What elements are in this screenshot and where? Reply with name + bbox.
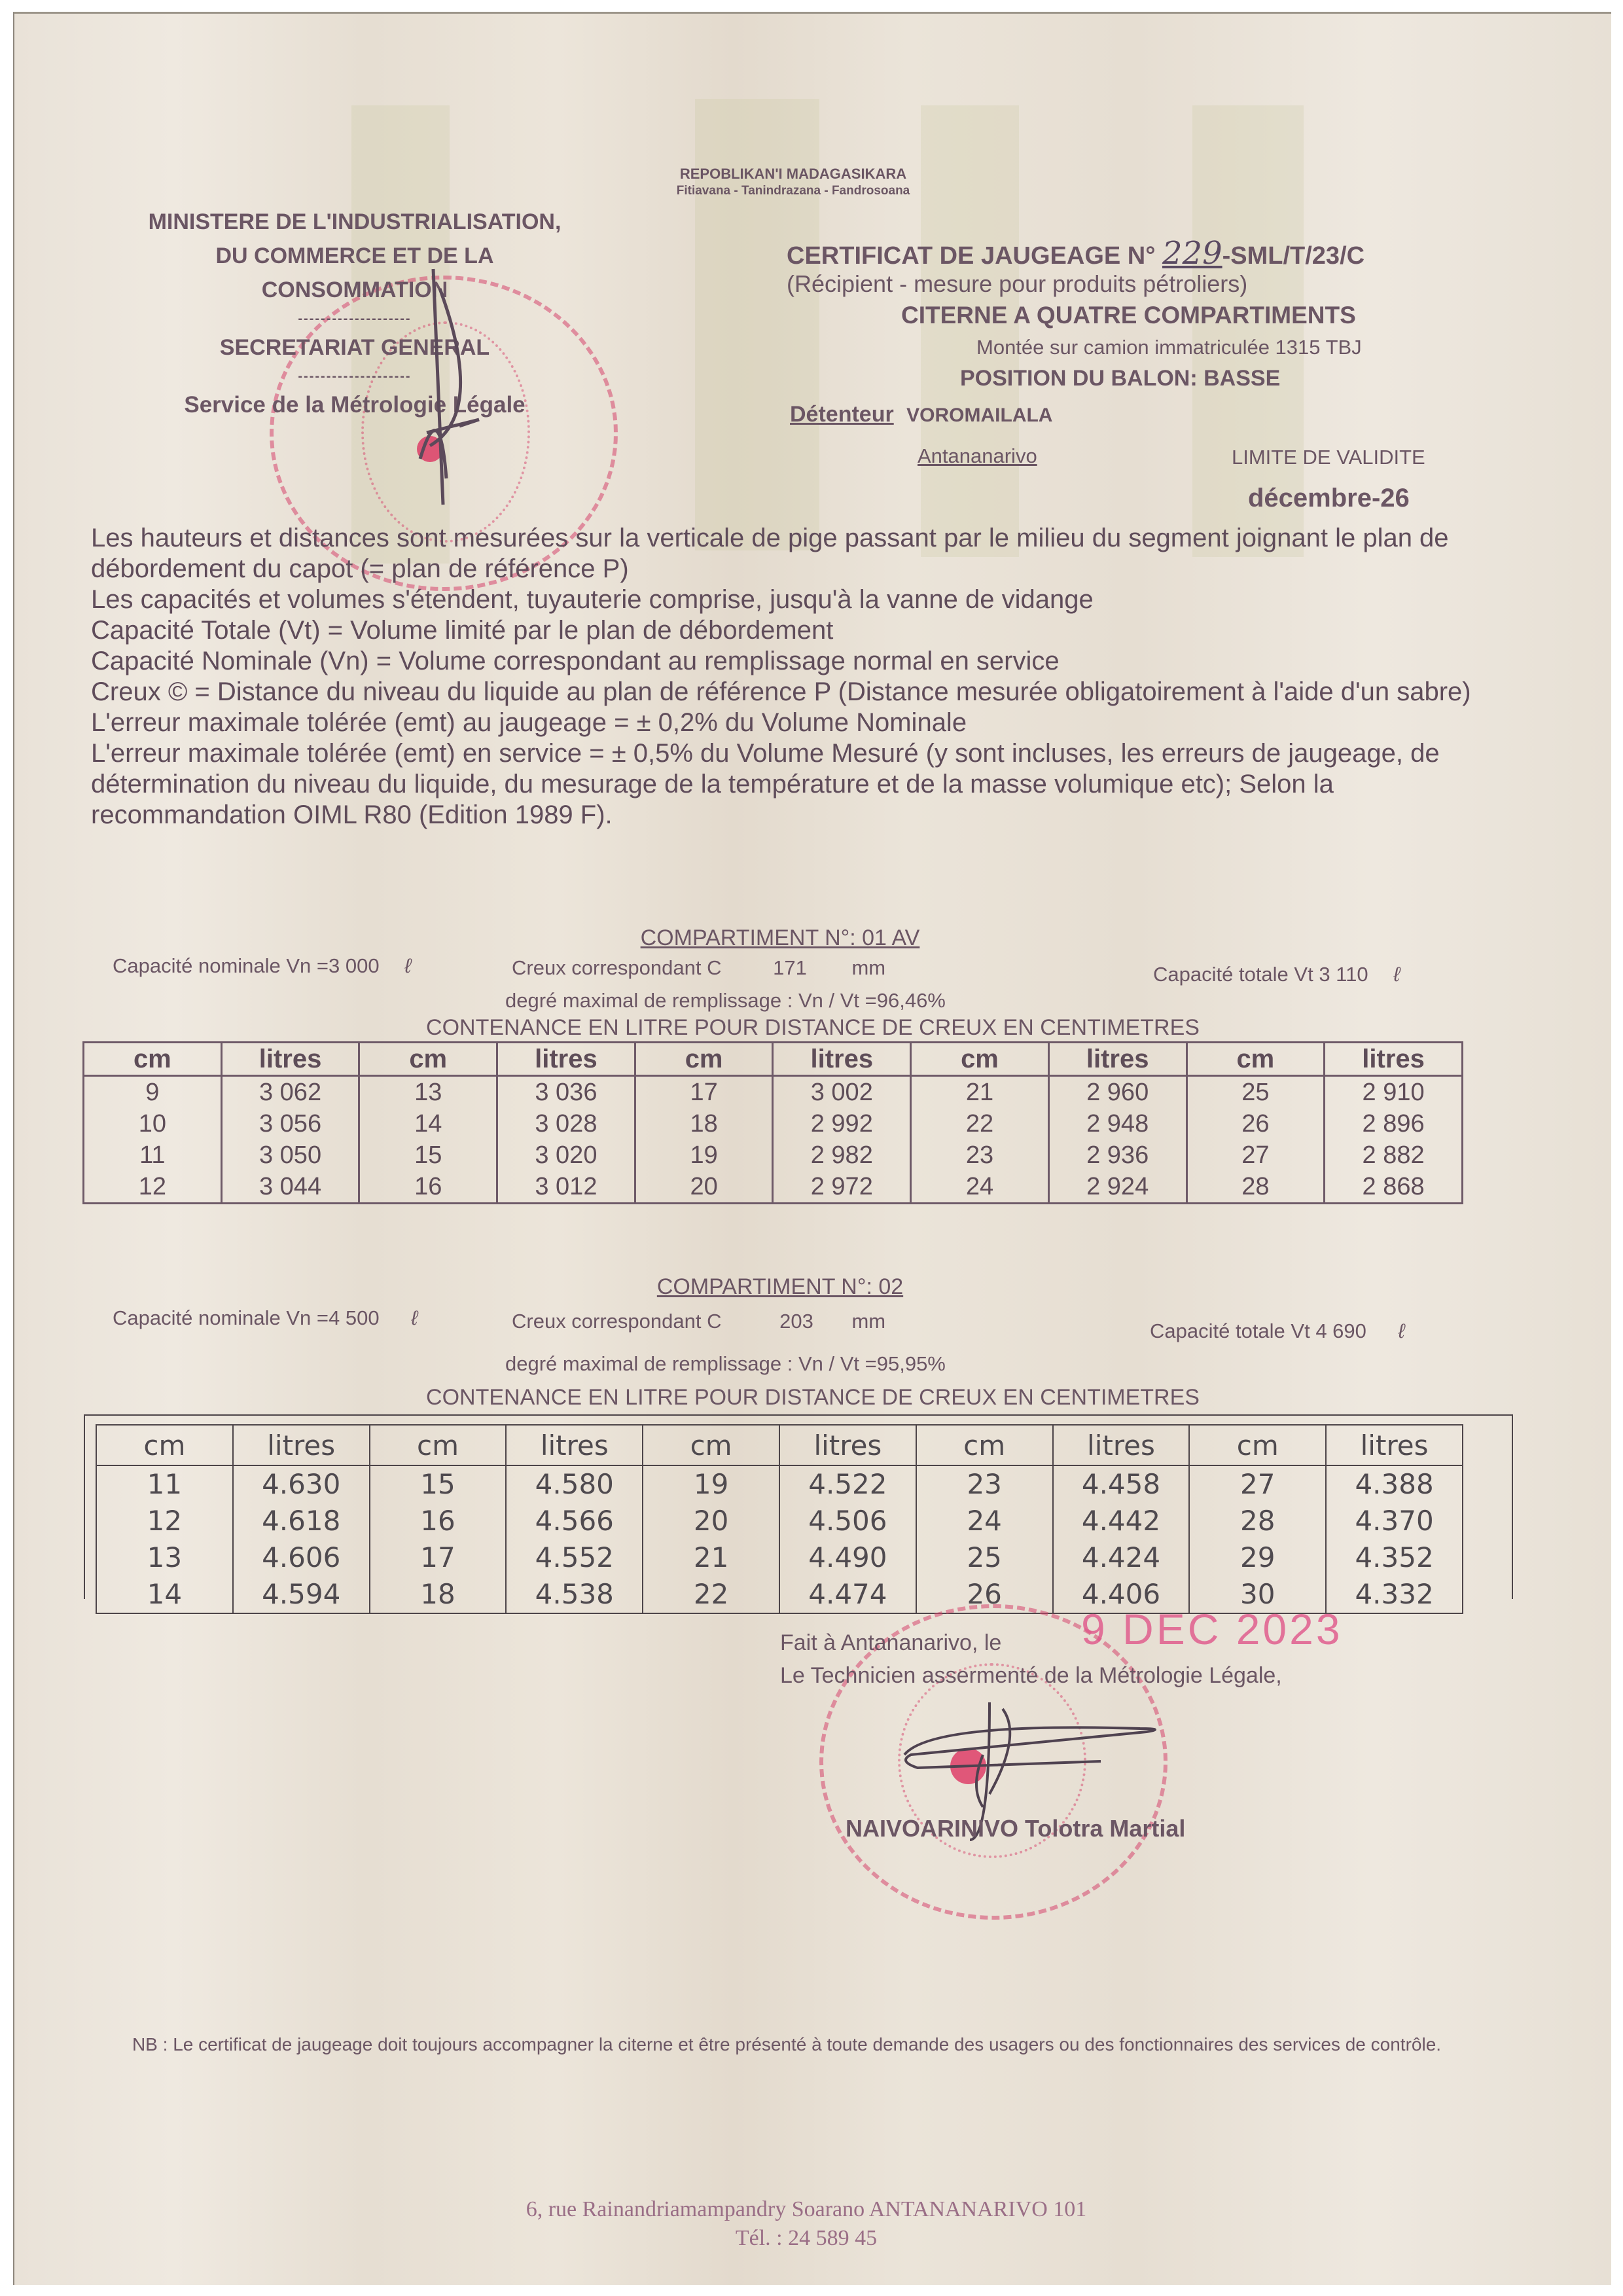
nominal-label: Capacité nominale Vn = (113, 1306, 329, 1329)
nominal-value: 3 000 (329, 954, 380, 977)
header-cm: cm (911, 1043, 1049, 1076)
compartment-2-nominal: Capacité nominale Vn =4 500 ℓ (113, 1306, 418, 1330)
cm-cell: 19202122 (643, 1465, 779, 1613)
signature-role: Le Technicien assermenté de la Métrologi… (780, 1663, 1282, 1689)
header-litres: litres (506, 1425, 643, 1465)
header-litres: litres (497, 1043, 635, 1076)
header-litres: litres (233, 1425, 370, 1465)
header-litres: litres (1053, 1425, 1190, 1465)
litre-unit: ℓ (411, 1306, 418, 1329)
certificate-title-prefix: CERTIFICAT DE JAUGEAGE N° (787, 242, 1155, 270)
certificate-title-suffix: -SML/T/23/C (1222, 242, 1364, 270)
secretariat-label: SECRETARIAT GENERAL (126, 331, 584, 365)
definition-nominal-capacity: Capacité Nominale (Vn) = Volume correspo… (91, 646, 1491, 677)
header-cm: cm (1186, 1043, 1325, 1076)
holder-label: Détenteur (790, 402, 894, 427)
header-litres: litres (779, 1425, 916, 1465)
fill-label: degré maximal de remplissage : Vn / Vt = (505, 989, 877, 1012)
creux-label: Creux correspondant C (512, 1310, 722, 1333)
table-row: 9101112 3 0623 0563 0503 044 13141516 3 … (84, 1076, 1463, 1204)
validity-label: LIMITE DE VALIDITE (1232, 446, 1425, 469)
table-row: 11121314 4.6304.6184.6064.594 15161718 4… (96, 1465, 1463, 1613)
litres-cell: 4.5224.5064.4904.474 (779, 1465, 916, 1613)
nominal-value: 4 500 (329, 1306, 380, 1329)
creux-value: 203 (779, 1310, 813, 1333)
total-label: Capacité totale Vt (1150, 1319, 1310, 1342)
signature-mark-icon (381, 262, 512, 511)
signature-place: Fait à Antananarivo, le (780, 1630, 1001, 1656)
definition-emt-gauging: L'erreur maximale tolérée (emt) au jauge… (91, 708, 1491, 738)
ministry-line-1: MINISTERE DE L'INDUSTRIALISATION, (126, 205, 584, 239)
separator-line: -------------------- (126, 307, 584, 331)
compartment-1-title: COMPARTIMENT N°: 01 AV (551, 925, 1009, 951)
header-litres: litres (1325, 1043, 1463, 1076)
republic-motto: Fitiavana - Tanindrazana - Fandrosoana (643, 183, 944, 200)
compartment-2-total: Capacité totale Vt 4 690 ℓ (1150, 1319, 1405, 1343)
total-label: Capacité totale Vt (1153, 963, 1313, 986)
litres-cell: 3 0363 0283 0203 012 (497, 1076, 635, 1204)
cm-cell: 11121314 (96, 1465, 233, 1613)
cm-cell: 27282930 (1189, 1465, 1326, 1613)
footer-phone: Tél. : 24 589 45 (381, 2224, 1232, 2253)
compartment-1-total: Capacité totale Vt 3 110 ℓ (1153, 963, 1400, 986)
litres-cell: 2 9602 9482 9362 924 (1048, 1076, 1186, 1204)
definitions-block: Les hauteurs et distances sont mesurées … (91, 523, 1491, 831)
header-litres: litres (1048, 1043, 1186, 1076)
republic-name: REPOBLIKAN'I MADAGASIKARA (643, 166, 944, 183)
litre-unit: ℓ (404, 954, 411, 977)
litres-cell: 4.3884.3704.3524.332 (1326, 1465, 1463, 1613)
compartment-2-title: COMPARTIMENT N°: 02 (551, 1274, 1009, 1300)
fill-value: 95,95% (877, 1352, 946, 1375)
republic-block: REPOBLIKAN'I MADAGASIKARA Fitiavana - Ta… (643, 166, 944, 200)
separator-line: -------------------- (126, 365, 584, 388)
holder-name: VOROMAILALA (906, 404, 1052, 426)
compartment-1-table: cm litres cm litres cm litres cm litres … (82, 1041, 1463, 1204)
litre-unit: ℓ (1399, 1319, 1405, 1342)
cm-cell: 9101112 (84, 1076, 222, 1204)
litres-cell: 4.5804.5664.5524.538 (506, 1465, 643, 1613)
header-cm: cm (84, 1043, 222, 1076)
certificate-title: CERTIFICAT DE JAUGEAGE N° 229-SML/T/23/C (787, 235, 1364, 272)
litres-cell: 2 9102 8962 8822 868 (1325, 1076, 1463, 1204)
holder-city: Antananarivo (918, 444, 1037, 468)
header-litres: litres (773, 1043, 911, 1076)
header-cm: cm (96, 1425, 233, 1465)
cm-cell: 23242526 (916, 1465, 1053, 1613)
compartment-2-creux: Creux correspondant C 203 mm (512, 1310, 885, 1333)
definition-creux: Creux © = Distance du niveau du liquide … (91, 677, 1491, 708)
certificate-number: 229 (1162, 235, 1222, 272)
litres-cell: 3 0623 0563 0503 044 (221, 1076, 359, 1204)
definition-total-capacity: Capacité Totale (Vt) = Volume limité par… (91, 615, 1491, 646)
compartment-1-creux: Creux correspondant C 171 mm (512, 956, 885, 980)
table-header-row: cm litres cm litres cm litres cm litres … (96, 1425, 1463, 1465)
holder-row: Détenteur VOROMAILALA (790, 402, 1052, 427)
ministry-line-2: DU COMMERCE ET DE LA (126, 239, 584, 273)
total-value: 3 110 (1319, 963, 1368, 986)
truck-registration: Montée sur camion immatriculée 1315 TBJ (976, 336, 1362, 359)
nominal-label: Capacité nominale Vn = (113, 954, 329, 977)
service-label: Service de la Métrologie Légale (126, 388, 584, 422)
creux-unit: mm (851, 1310, 885, 1333)
validity-date: décembre-26 (1248, 484, 1410, 513)
footer-address-block: 6, rue Rainandriamampandry Soarano ANTAN… (381, 2195, 1232, 2253)
cm-cell: 15161718 (370, 1465, 507, 1613)
creux-unit: mm (851, 956, 885, 979)
litres-cell: 4.6304.6184.6064.594 (233, 1465, 370, 1613)
header-litres: litres (221, 1043, 359, 1076)
compartment-2-table-title: CONTENANCE EN LITRE POUR DISTANCE DE CRE… (289, 1385, 1336, 1410)
certificate-page: MINISTERE DE L'INDUSTRIALISATION, DU COM… (13, 12, 1611, 2285)
certificate-subtitle: (Récipient - mesure pour produits pétrol… (787, 270, 1247, 298)
compartment-2-fill: degré maximal de remplissage : Vn / Vt =… (505, 1352, 946, 1376)
compartment-1-fill: degré maximal de remplissage : Vn / Vt =… (505, 989, 946, 1013)
tank-type: CITERNE A QUATRE COMPARTIMENTS (901, 302, 1356, 329)
date-stamp: 9 DEC 2023 (1081, 1604, 1343, 1654)
compartment-1-table-title: CONTENANCE EN LITRE POUR DISTANCE DE CRE… (289, 1015, 1336, 1041)
balloon-position: POSITION DU BALON: BASSE (960, 366, 1280, 391)
definition-heights: Les hauteurs et distances sont mesurées … (91, 523, 1491, 584)
litres-cell: 4.4584.4424.4244.406 (1053, 1465, 1190, 1613)
signatory-name: NAIVOARINIVO Tolotra Martial (846, 1815, 1185, 1842)
header-cm: cm (643, 1425, 779, 1465)
header-cm: cm (359, 1043, 497, 1076)
header-cm: cm (370, 1425, 507, 1465)
cm-cell: 17181920 (635, 1076, 773, 1204)
compartment-1-nominal: Capacité nominale Vn =3 000 ℓ (113, 954, 411, 978)
ministry-block: MINISTERE DE L'INDUSTRIALISATION, DU COM… (126, 205, 584, 422)
fill-label: degré maximal de remplissage : Vn / Vt = (505, 1352, 877, 1375)
header-cm: cm (916, 1425, 1053, 1465)
creux-label: Creux correspondant C (512, 956, 722, 979)
table-header-row: cm litres cm litres cm litres cm litres … (84, 1043, 1463, 1076)
footer-address: 6, rue Rainandriamampandry Soarano ANTAN… (381, 2195, 1232, 2224)
header-litres: litres (1326, 1425, 1463, 1465)
litre-unit: ℓ (1393, 963, 1400, 986)
compartment-2-table: cm litres cm litres cm litres cm litres … (96, 1424, 1463, 1614)
cm-cell: 21222324 (911, 1076, 1049, 1204)
definition-capacities: Les capacités et volumes s'étendent, tuy… (91, 584, 1491, 615)
creux-value: 171 (773, 956, 807, 979)
header-cm: cm (635, 1043, 773, 1076)
cm-cell: 13141516 (359, 1076, 497, 1204)
ministry-line-3: CONSOMMATION (126, 273, 584, 307)
footer-note: NB : Le certificat de jaugeage doit touj… (126, 2031, 1448, 2058)
fill-value: 96,46% (877, 989, 946, 1012)
header-cm: cm (1189, 1425, 1326, 1465)
cm-cell: 25262728 (1186, 1076, 1325, 1204)
total-value: 4 690 (1315, 1319, 1366, 1342)
definition-emt-service: L'erreur maximale tolérée (emt) en servi… (91, 738, 1491, 831)
litres-cell: 3 0022 9922 9822 972 (773, 1076, 911, 1204)
